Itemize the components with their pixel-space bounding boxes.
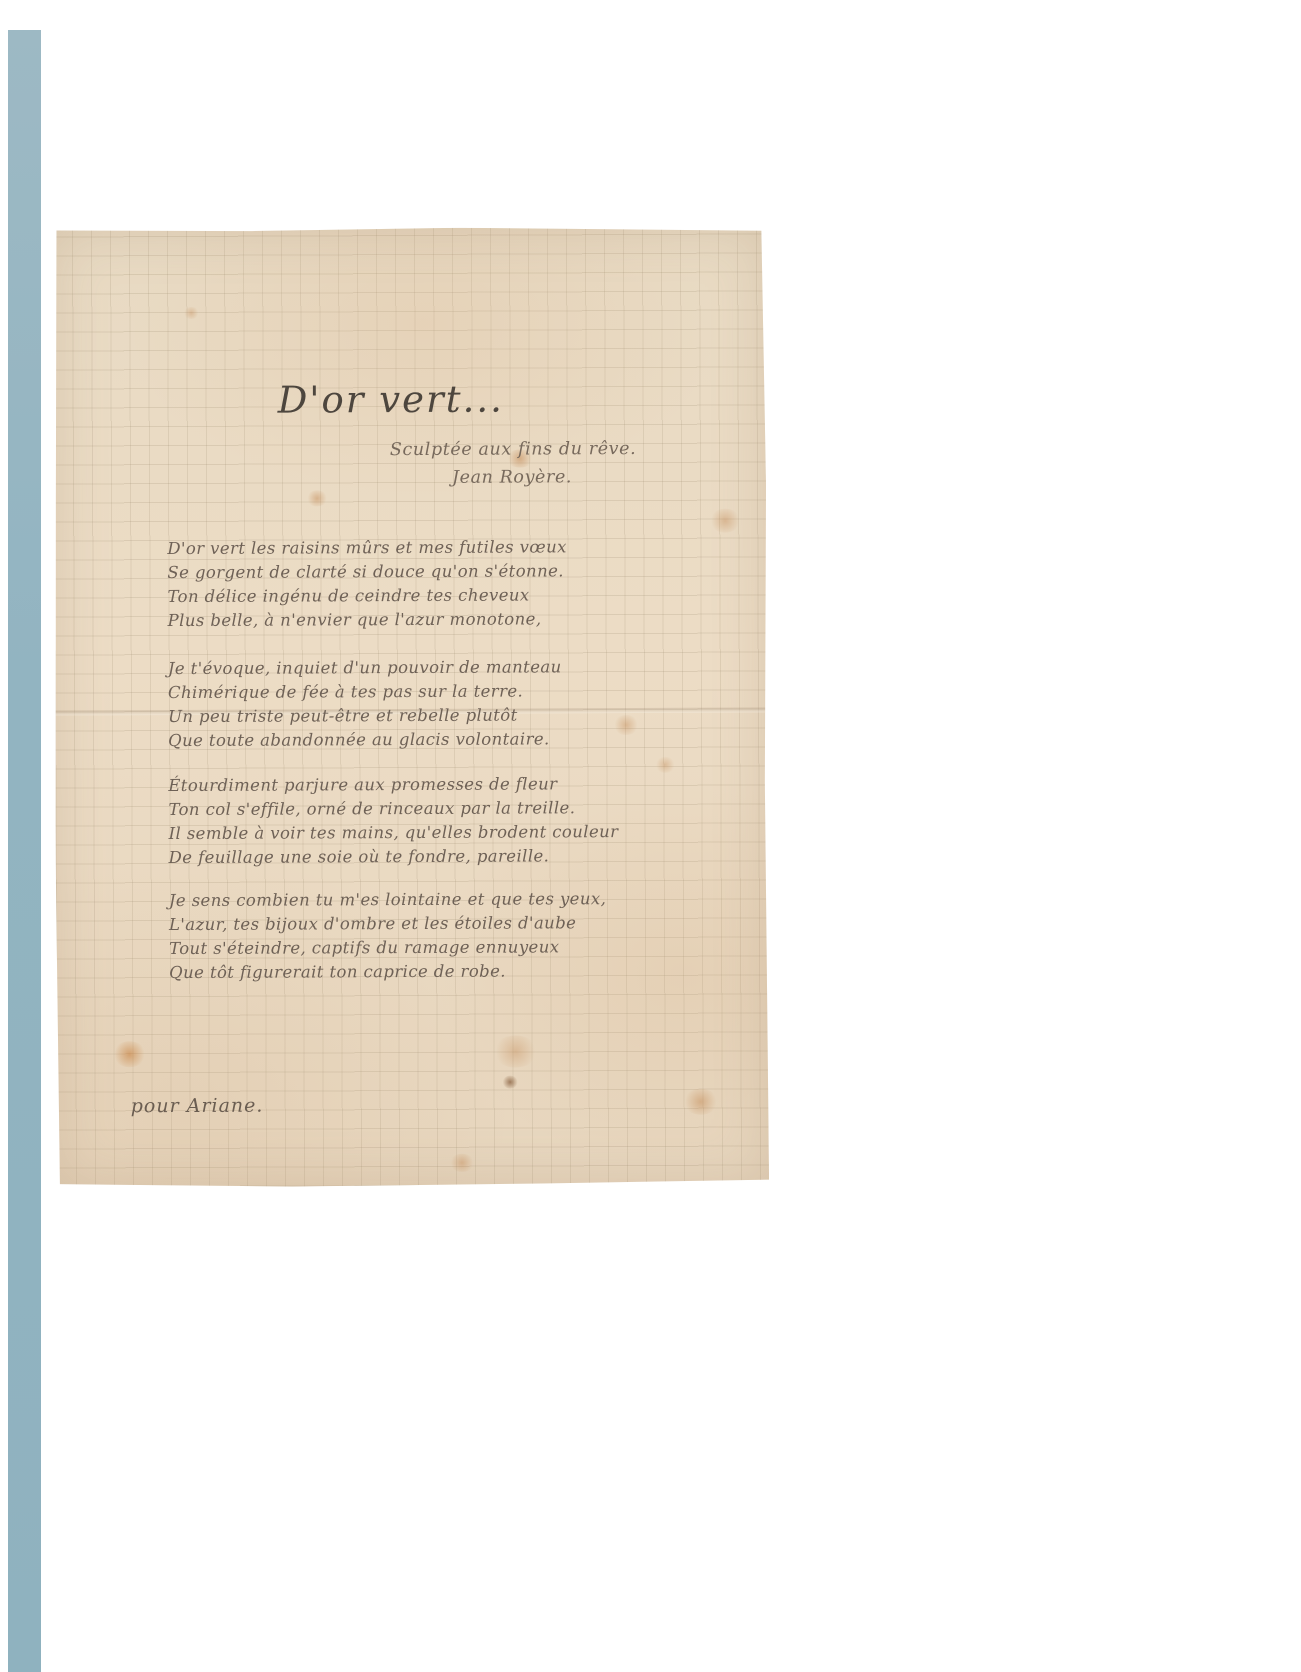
poem-line: D'or vert les raisins mûrs et mes futile… — [167, 535, 707, 561]
foxing-stain — [112, 1041, 146, 1067]
poem-title: D'or vert... — [278, 378, 504, 422]
poem-epigraph: Sculptée aux fins du rêve. — [390, 439, 636, 460]
foxing-stain — [655, 757, 675, 773]
poem-line: Que toute abandonnée au glacis volontair… — [168, 727, 708, 753]
poem-line: Il semble à voir tes mains, qu'elles bro… — [168, 820, 708, 846]
foxing-stain — [503, 1076, 518, 1089]
manuscript-paper: D'or vert... Sculptée aux fins du rêve. … — [53, 226, 769, 1187]
foxing-stain — [183, 307, 199, 319]
stanza: Je t'évoque, inquiet d'un pouvoir de man… — [168, 655, 708, 753]
foxing-stain — [492, 1035, 538, 1067]
stanza: Étourdiment parjure aux promesses de fle… — [168, 772, 708, 870]
poem-line: Tout s'éteindre, captifs du ramage ennuy… — [169, 935, 709, 961]
poem-line: Plus belle, à n'envier que l'azur monoto… — [168, 607, 708, 633]
foxing-stain — [683, 1089, 719, 1115]
stanza: Je sens combien tu m'es lointaine et que… — [169, 887, 709, 985]
left-accent-bar — [8, 30, 41, 1672]
poem-line: Je t'évoque, inquiet d'un pouvoir de man… — [168, 655, 708, 681]
poem-line: Je sens combien tu m'es lointaine et que… — [169, 887, 709, 913]
stanza: D'or vert les raisins mûrs et mes futile… — [167, 535, 707, 633]
poem-line: Ton col s'effile, orné de rinceaux par l… — [168, 796, 708, 822]
poem-line: Un peu triste peut-être et rebelle plutô… — [168, 703, 708, 729]
poem-author: Jean Royère. — [452, 467, 572, 488]
poem-line: Que tôt figurerait ton caprice de robe. — [169, 959, 709, 985]
poem-line: De feuillage une soie où te fondre, pare… — [169, 844, 709, 870]
poem-line: Ton délice ingénu de ceindre tes cheveux — [167, 583, 707, 609]
poem-dedication: pour Ariane. — [131, 1095, 264, 1118]
foxing-stain — [709, 509, 741, 533]
poem-line: Se gorgent de clarté si douce qu'on s'ét… — [167, 559, 707, 585]
page-background: D'or vert... Sculptée aux fins du rêve. … — [0, 0, 1301, 1672]
foxing-stain — [449, 1154, 475, 1172]
foxing-stain — [306, 490, 328, 506]
poem-line: Étourdiment parjure aux promesses de fle… — [168, 772, 708, 798]
poem-line: L'azur, tes bijoux d'ombre et les étoile… — [169, 911, 709, 937]
poem-line: Chimérique de fée à tes pas sur la terre… — [168, 679, 708, 705]
